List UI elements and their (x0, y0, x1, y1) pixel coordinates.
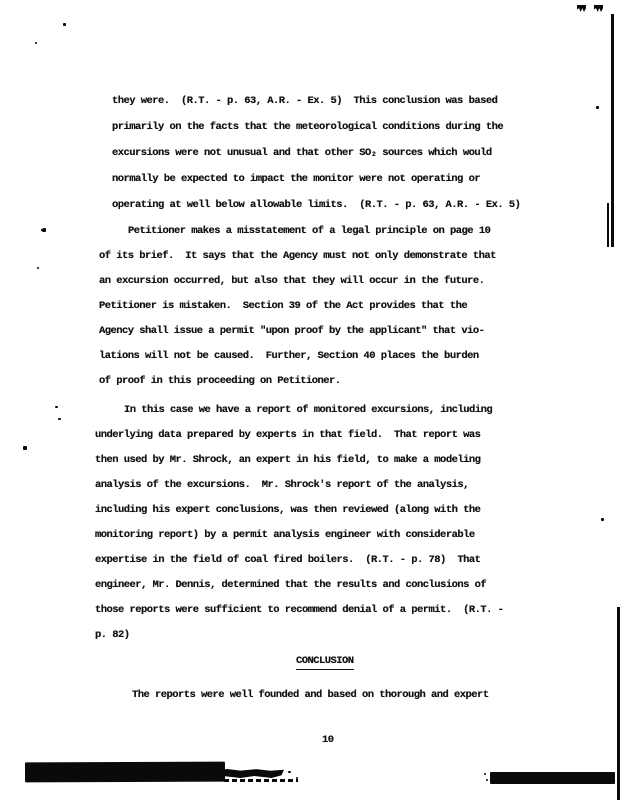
redaction-bar-left (25, 762, 225, 783)
scan-speck (296, 777, 298, 779)
scan-speck (23, 446, 27, 450)
scan-speck (486, 779, 488, 781)
paragraph-1: they were. (R.T. - p. 63, A.R. - Ex. 5) … (112, 88, 520, 218)
redaction-bar-right (490, 772, 615, 784)
paragraph-4: The reports were well founded and based … (95, 688, 489, 702)
scan-speck (63, 23, 66, 26)
scan-speck (601, 518, 604, 521)
scan-speck (37, 267, 39, 269)
scan-speck (55, 406, 58, 408)
scan-speck (58, 418, 61, 420)
conclusion-heading: CONCLUSION (296, 654, 354, 670)
redaction-smudge (222, 769, 284, 778)
scan-speck (35, 42, 37, 44)
scan-speck (41, 228, 46, 232)
scanned-document-page: they were. (R.T. - p. 63, A.R. - Ex. 5) … (0, 0, 628, 800)
scan-speck (596, 106, 599, 109)
corner-mark-1 (577, 5, 586, 12)
scan-speck (484, 773, 486, 775)
paragraph-2: Petitioner makes a misstatement of a leg… (99, 219, 496, 394)
scan-streak-companion (607, 203, 609, 247)
scan-streak-top (611, 14, 614, 247)
redaction-smudge-line (224, 779, 298, 782)
page-number: 10 (322, 733, 334, 747)
scan-speck (288, 771, 291, 773)
scan-streak-bottom (617, 607, 620, 800)
paragraph-3: In this case we have a report of monitor… (95, 398, 503, 648)
corner-mark-2 (594, 5, 603, 12)
